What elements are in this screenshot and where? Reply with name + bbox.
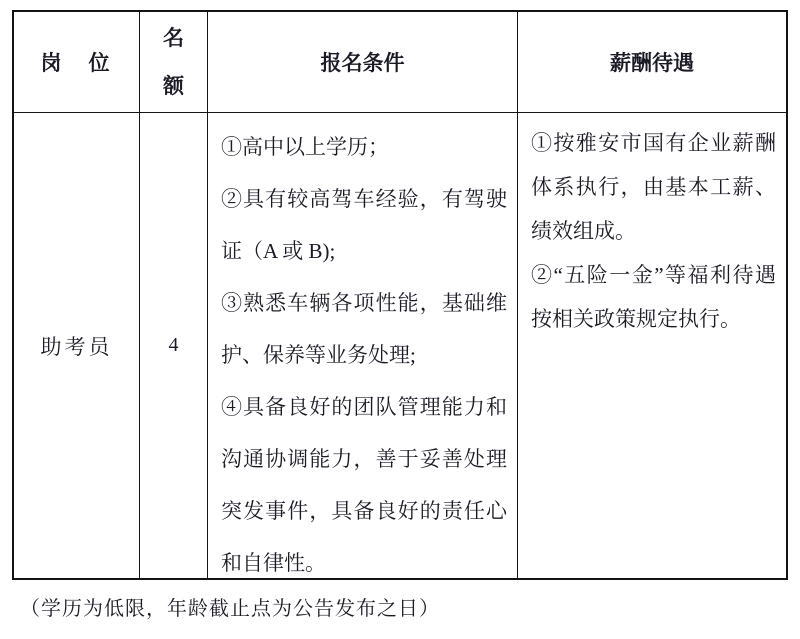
cell-position: 助考员: [14, 113, 139, 578]
recruitment-table: 岗 位 名 额 报名条件 薪酬待遇 助考员 4 ①高中以上学历； ②具有较高驾车…: [12, 10, 788, 580]
salary-item-1: ①按雅安市国有企业薪酬体系执行，由基本工薪、绩效组成。: [531, 121, 776, 253]
cell-quota: 4: [139, 113, 207, 578]
header-salary: 薪酬待遇: [517, 12, 786, 113]
condition-item-1: ①高中以上学历；: [221, 121, 507, 173]
cell-salary: ①按雅安市国有企业薪酬体系执行，由基本工薪、绩效组成。 ②“五险一金”等福利待遇…: [517, 113, 786, 578]
footnote: （学历为低限，年龄截止点为公告发布之日）: [20, 592, 440, 621]
header-quota-line2: 额: [163, 76, 184, 97]
salary-item-2: ②“五险一金”等福利待遇按相关政策规定执行。: [531, 253, 776, 341]
header-position: 岗 位: [14, 12, 139, 113]
condition-item-4: ④具备良好的团队管理能力和沟通协调能力，善于妥善处理突发事件，具备良好的责任心和…: [221, 381, 507, 578]
header-quota: 名 额: [139, 12, 207, 113]
condition-item-2: ②具有较高驾车经验，有驾驶证（A 或 B);: [221, 173, 507, 277]
condition-item-3: ③熟悉车辆各项性能，基础维护、保养等业务处理;: [221, 277, 507, 381]
header-conditions: 报名条件: [207, 12, 517, 113]
cell-conditions: ①高中以上学历； ②具有较高驾车经验，有驾驶证（A 或 B); ③熟悉车辆各项性…: [207, 113, 517, 578]
header-quota-line1: 名: [163, 28, 184, 49]
